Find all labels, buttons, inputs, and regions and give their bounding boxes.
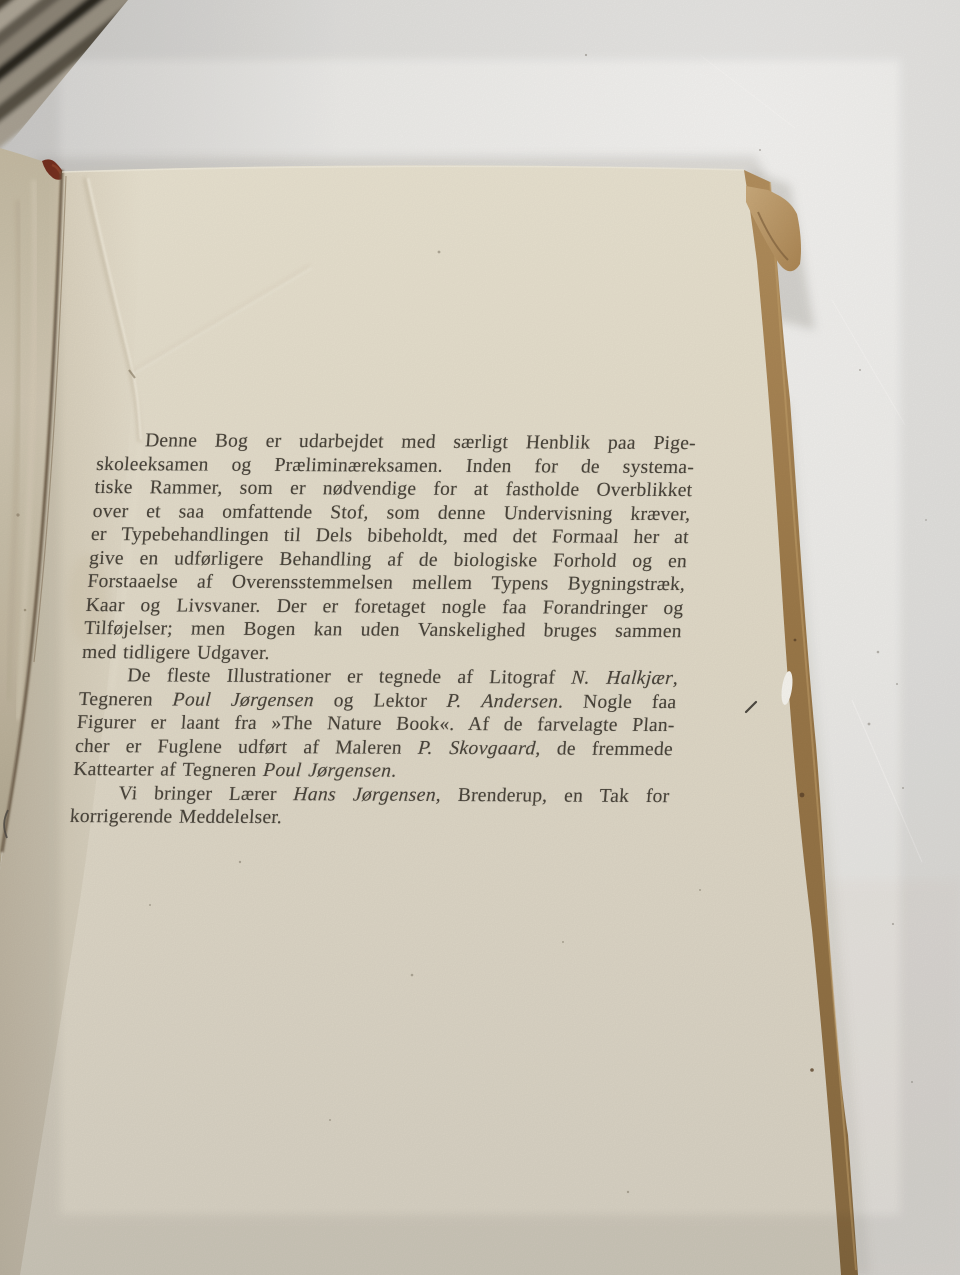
text-segment: over et saa omfattende Stof, som denne U… — [92, 500, 691, 524]
text-line: er Typebehandlingen til Dels bibeholdt, … — [90, 523, 690, 550]
person-name-italic: Poul Jørgensen — [262, 760, 392, 782]
text-segment: og Lektor — [313, 690, 447, 712]
text-line: Figurer er laant fra »The Nature Book«. … — [76, 711, 676, 738]
text-segment: Kattearter af Tegneren — [73, 759, 264, 781]
text-segment: . — [391, 761, 398, 782]
text-segment: Vi bringer Lærer — [118, 783, 294, 805]
person-name-italic: Poul Jørgensen — [172, 689, 315, 711]
text-line: Vi bringer Lærer Hans Jørgensen, Brender… — [71, 781, 671, 808]
text-segment: er Typebehandlingen til Dels bibeholdt, … — [90, 524, 689, 548]
text-segment: Forstaaelse af Overensstemmelsen mellem … — [87, 571, 686, 595]
text-line: skoleeksamen og Præliminæreksamen. Inden… — [95, 452, 695, 479]
text-segment: , de fremmede — [535, 738, 674, 760]
text-segment: . Nogle faa — [558, 691, 678, 713]
person-name-italic: N. Halkjær — [571, 668, 674, 690]
page-text: Denne Bog er udarbejdet med særligt Henb… — [69, 429, 697, 832]
person-name-italic: P. Andersen — [446, 690, 559, 712]
text-segment: med tidligere Udgaver. — [81, 641, 270, 663]
text-line: tiske Rammer, som er nødvendige for at f… — [94, 476, 694, 503]
text-segment: Figurer er laant fra »The Nature Book«. … — [76, 712, 675, 736]
text-segment: Denne Bog er udarbejdet med særligt Henb… — [144, 430, 696, 454]
text-line: korrigerende Meddelelser. — [69, 805, 669, 832]
text-line: med tidligere Udgaver. — [81, 640, 681, 667]
text-segment: , Brenderup, en Tak for — [435, 784, 670, 806]
text-line: De fleste Illustrationer er tegnede af L… — [80, 664, 680, 691]
text-line: Kattearter af Tegneren Poul Jørgensen. — [73, 758, 673, 785]
text-line: cher er Fuglene udført af Maleren P. Sko… — [74, 734, 674, 761]
text-segment: korrigerende Meddelelser. — [69, 806, 283, 828]
text-segment: Tilføjelser; men Bogen kan uden Vanskeli… — [83, 618, 682, 642]
text-segment: cher er Fuglene udført af Maleren — [74, 735, 418, 758]
text-segment: De fleste Illustrationer er tegnede af L… — [127, 665, 573, 688]
text-line: give en udførligere Behandling af de bio… — [88, 546, 688, 573]
text-segment: Tegneren — [78, 688, 174, 709]
text-segment: tiske Rammer, som er nødvendige for at f… — [94, 477, 693, 501]
text-line: Kaar og Livsvaner. Der er foretaget nogl… — [85, 593, 685, 620]
text-line: Tegneren Poul Jørgensen og Lektor P. And… — [78, 687, 678, 714]
text-segment: Kaar og Livsvaner. Der er foretaget nogl… — [85, 594, 684, 618]
text-segment: skoleeksamen og Præliminæreksamen. Inden… — [96, 453, 695, 477]
text-line: Forstaaelse af Overensstemmelsen mellem … — [87, 570, 687, 597]
text-segment: give en udførligere Behandling af de bio… — [89, 547, 688, 571]
text-line: Tilføjelser; men Bogen kan uden Vanskeli… — [83, 617, 683, 644]
person-name-italic: Hans Jørgensen — [293, 784, 437, 806]
text-line: Denne Bog er udarbejdet med særligt Henb… — [97, 429, 697, 456]
book-photo: Denne Bog er udarbejdet med særligt Henb… — [0, 0, 960, 1275]
person-name-italic: P. Skovgaard — [417, 737, 536, 759]
text-line: over et saa omfattende Stof, som denne U… — [92, 499, 692, 526]
